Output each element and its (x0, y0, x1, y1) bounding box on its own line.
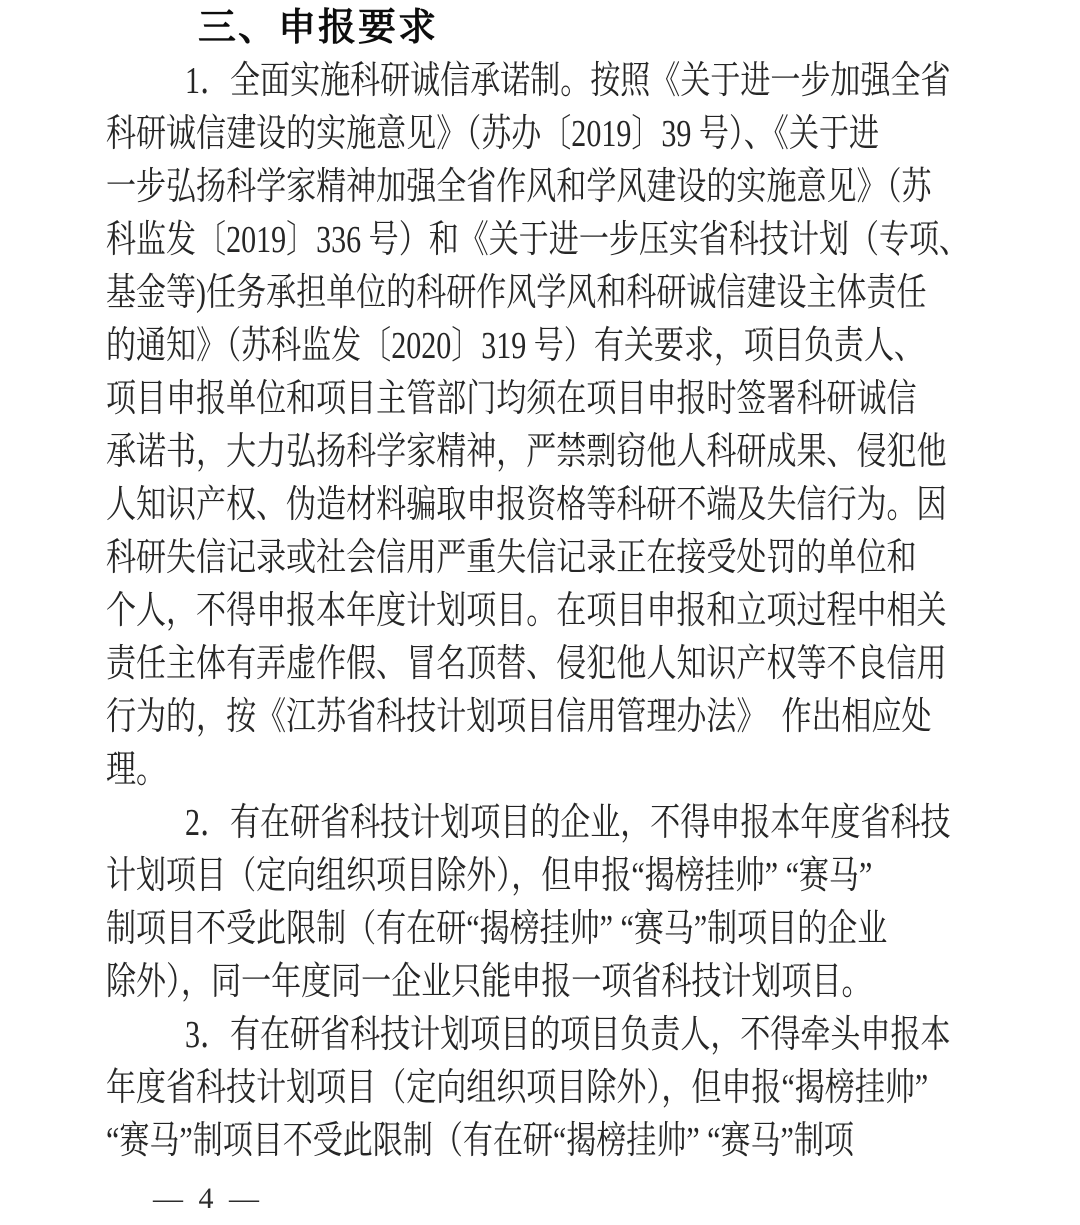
text-line: 年度省科技计划项目（定向组织项目除外），但申报“揭榜挂帅” (106, 1062, 951, 1115)
text-line: 2．有在研省科技计划项目的企业，不得申报本年度省科技 (106, 797, 951, 850)
text-line: 除外），同一年度同一企业只能申报一项省科技计划项目。 (106, 956, 951, 1009)
page-number: — 4 — (153, 1182, 263, 1216)
text-line: 科研诚信建设的实施意见》（苏办〔2019〕39 号）、《关于进 (106, 108, 951, 161)
text-line: 行为的，按《江苏省科技计划项目信用管理办法》 作出相应处 (106, 691, 951, 744)
text-line: 的通知》（苏科监发〔2020〕319 号）有关要求，项目负责人、 (106, 320, 951, 373)
text-line: 计划项目（定向组织项目除外），但申报“揭榜挂帅” “赛马” (106, 850, 951, 903)
text-line: 科监发〔2019〕336 号）和《关于进一步压实省科技计划（专项、 (106, 214, 951, 267)
text-line: 1．全面实施科研诚信承诺制。按照《关于进一步加强全省 (106, 55, 951, 108)
text-line: 人知识产权、伪造材料骗取申报资格等科研不端及失信行为。因 (106, 479, 951, 532)
text-line: 理。 (106, 744, 951, 797)
text-line: 个人，不得申报本年度计划项目。在项目申报和立项过程中相关 (106, 585, 951, 638)
text-line: 承诺书，大力弘扬科学家精神，严禁剽窃他人科研成果、侵犯他 (106, 426, 951, 479)
text-line: 科研失信记录或社会信用严重失信记录正在接受处罚的单位和 (106, 532, 951, 585)
document-body: 三、申报要求 1．全面实施科研诚信承诺制。按照《关于进一步加强全省 科研诚信建设… (106, 2, 1066, 1168)
text-line: 基金等)任务承担单位的科研作风学风和科研诚信建设主体责任 (106, 267, 951, 320)
text-line: 一步弘扬科学家精神加强全省作风和学风建设的实施意见》（苏 (106, 161, 951, 214)
section-heading: 三、申报要求 (106, 2, 1066, 55)
document-page: 三、申报要求 1．全面实施科研诚信承诺制。按照《关于进一步加强全省 科研诚信建设… (0, 0, 1080, 1225)
text-line: 责任主体有弄虚作假、冒名顶替、侵犯他人知识产权等不良信用 (106, 638, 951, 691)
text-line: 项目申报单位和项目主管部门均须在项目申报时签署科研诚信 (106, 373, 951, 426)
text-line: “赛马”制项目不受此限制（有在研“揭榜挂帅” “赛马”制项 (106, 1115, 951, 1168)
text-line: 3．有在研省科技计划项目的项目负责人，不得牵头申报本 (106, 1009, 951, 1062)
text-line: 制项目不受此限制（有在研“揭榜挂帅” “赛马”制项目的企业 (106, 903, 951, 956)
